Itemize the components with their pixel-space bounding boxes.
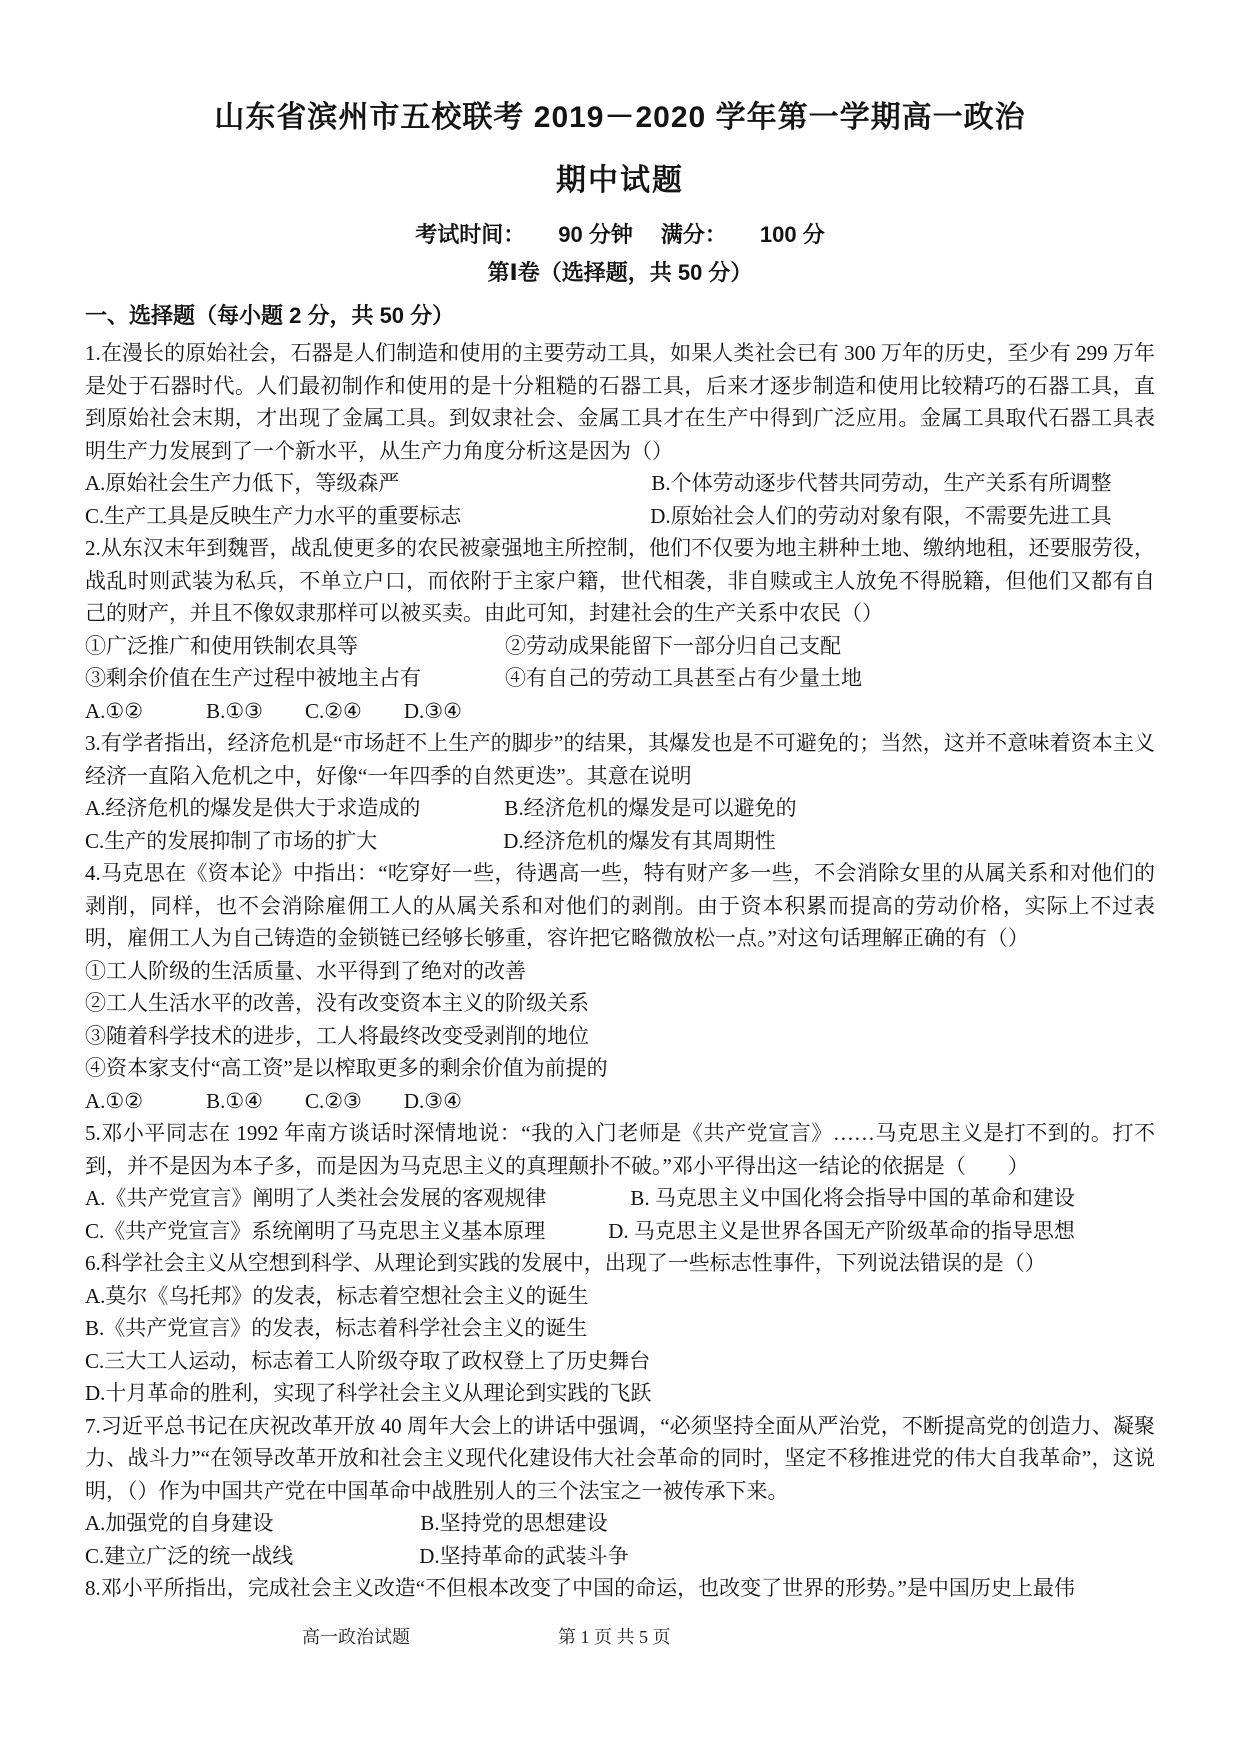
option-line: C.建立广泛的统一战线 D.坚持革命的武装斗争 bbox=[85, 1540, 1155, 1573]
volume-header: 第Ⅰ卷（选择题，共 50 分） bbox=[85, 258, 1155, 288]
section-heading: 一、选择题（每小题 2 分，共 50 分） bbox=[85, 300, 1155, 332]
page-footer: 高一政治试题 第 1 页 共 5 页 bbox=[0, 1624, 1240, 1654]
option-line: A.①② B.①③ C.②④ D.③④ bbox=[85, 695, 1155, 728]
exam-title: 山东省滨州市五校联考 2019－2020 学年第一学期高一政治 bbox=[85, 100, 1155, 136]
question: 4.马克思在《资本论》中指出：“吃穿好一些，待遇高一些，特有财产多一些，不会消除… bbox=[85, 857, 1155, 1117]
option-line: ①广泛推广和使用铁制农具等 ②劳动成果能留下一部分归自己支配 bbox=[85, 630, 1155, 663]
question-stem: 8.邓小平所指出，完成社会主义改造“不但根本改变了中国的命运，也改变了世界的形势… bbox=[85, 1572, 1155, 1605]
option-line: A.加强党的自身建设 B.坚持党的思想建设 bbox=[85, 1507, 1155, 1540]
question-stem: 4.马克思在《资本论》中指出：“吃穿好一些，待遇高一些，特有财产多一些，不会消除… bbox=[85, 857, 1155, 955]
question: 6.科学社会主义从空想到科学、从理论到实践的发展中，出现了一些标志性事件，下列说… bbox=[85, 1247, 1155, 1410]
option-line: C.三大工人运动，标志着工人阶级夺取了政权登上了历史舞台 bbox=[85, 1345, 1155, 1378]
exam-content: 山东省滨州市五校联考 2019－2020 学年第一学期高一政治 期中试题 考试时… bbox=[85, 100, 1155, 1605]
option-line: C.《共产党宣言》系统阐明了马克思主义基本原理 D. 马克思主义是世界各国无产阶… bbox=[85, 1215, 1155, 1248]
question-stem: 6.科学社会主义从空想到科学、从理论到实践的发展中，出现了一些标志性事件，下列说… bbox=[85, 1247, 1155, 1280]
option-line: A.莫尔《乌托邦》的发表，标志着空想社会主义的诞生 bbox=[85, 1280, 1155, 1313]
exam-subtitle: 期中试题 bbox=[85, 163, 1155, 199]
footer-doc-label: 高一政治试题 bbox=[302, 1624, 410, 1650]
option-line: A.《共产党宣言》阐明了人类社会发展的客观规律 B. 马克思主义中国化将会指导中… bbox=[85, 1182, 1155, 1215]
option-line: ①工人阶级的生活质量、水平得到了绝对的改善 bbox=[85, 955, 1155, 988]
question: 2.从东汉末年到魏晋，战乱使更多的农民被豪强地主所控制，他们不仅要为地主耕种土地… bbox=[85, 532, 1155, 727]
option-line: C.生产的发展抑制了市场的扩大 D.经济危机的爆发有其周期性 bbox=[85, 825, 1155, 858]
question-stem: 5.邓小平同志在 1992 年南方谈话时深情地说：“我的入门老师是《共产党宣言》… bbox=[85, 1117, 1155, 1182]
option-line: D.十月革命的胜利，实现了科学社会主义从理论到实践的飞跃 bbox=[85, 1377, 1155, 1410]
question: 3.有学者指出，经济危机是“市场赶不上生产的脚步”的结果，其爆发也是不可避免的；… bbox=[85, 727, 1155, 857]
question: 8.邓小平所指出，完成社会主义改造“不但根本改变了中国的命运，也改变了世界的形势… bbox=[85, 1572, 1155, 1605]
exam-info-line: 考试时间： 90 分钟 满分： 100 分 bbox=[85, 220, 1155, 250]
option-line: A.原始社会生产力低下，等级森严 B.个体劳动逐步代替共同劳动，生产关系有所调整 bbox=[85, 467, 1155, 500]
option-line: A.经济危机的爆发是供大于求造成的 B.经济危机的爆发是可以避免的 bbox=[85, 792, 1155, 825]
option-line: ④资本家支付“高工资”是以榨取更多的剩余价值为前提的 bbox=[85, 1052, 1155, 1085]
option-line: B.《共产党宣言》的发表，标志着科学社会主义的诞生 bbox=[85, 1312, 1155, 1345]
question-stem: 7.习近平总书记在庆祝改革开放 40 周年大会上的讲话中强调，“必须坚持全面从严… bbox=[85, 1410, 1155, 1508]
question: 7.习近平总书记在庆祝改革开放 40 周年大会上的讲话中强调，“必须坚持全面从严… bbox=[85, 1410, 1155, 1573]
option-line: ③随着科学技术的进步，工人将最终改变受剥削的地位 bbox=[85, 1020, 1155, 1053]
question-stem: 2.从东汉末年到魏晋，战乱使更多的农民被豪强地主所控制，他们不仅要为地主耕种土地… bbox=[85, 532, 1155, 630]
exam-page: 山东省滨州市五校联考 2019－2020 学年第一学期高一政治 期中试题 考试时… bbox=[0, 0, 1240, 1753]
question-stem: 1.在漫长的原始社会，石器是人们制造和使用的主要劳动工具，如果人类社会已有 30… bbox=[85, 337, 1155, 467]
question-list: 1.在漫长的原始社会，石器是人们制造和使用的主要劳动工具，如果人类社会已有 30… bbox=[85, 337, 1155, 1605]
question-stem: 3.有学者指出，经济危机是“市场赶不上生产的脚步”的结果，其爆发也是不可避免的；… bbox=[85, 727, 1155, 792]
footer-page-label: 第 1 页 共 5 页 bbox=[558, 1624, 671, 1650]
question: 5.邓小平同志在 1992 年南方谈话时深情地说：“我的入门老师是《共产党宣言》… bbox=[85, 1117, 1155, 1247]
option-line: ③剩余价值在生产过程中被地主占有 ④有自己的劳动工具甚至占有少量土地 bbox=[85, 662, 1155, 695]
question: 1.在漫长的原始社会，石器是人们制造和使用的主要劳动工具，如果人类社会已有 30… bbox=[85, 337, 1155, 532]
option-line: A.①② B.①④ C.②③ D.③④ bbox=[85, 1085, 1155, 1118]
option-line: ②工人生活水平的改善，没有改变资本主义的阶级关系 bbox=[85, 987, 1155, 1020]
option-line: C.生产工具是反映生产力水平的重要标志 D.原始社会人们的劳动对象有限，不需要先… bbox=[85, 500, 1155, 533]
